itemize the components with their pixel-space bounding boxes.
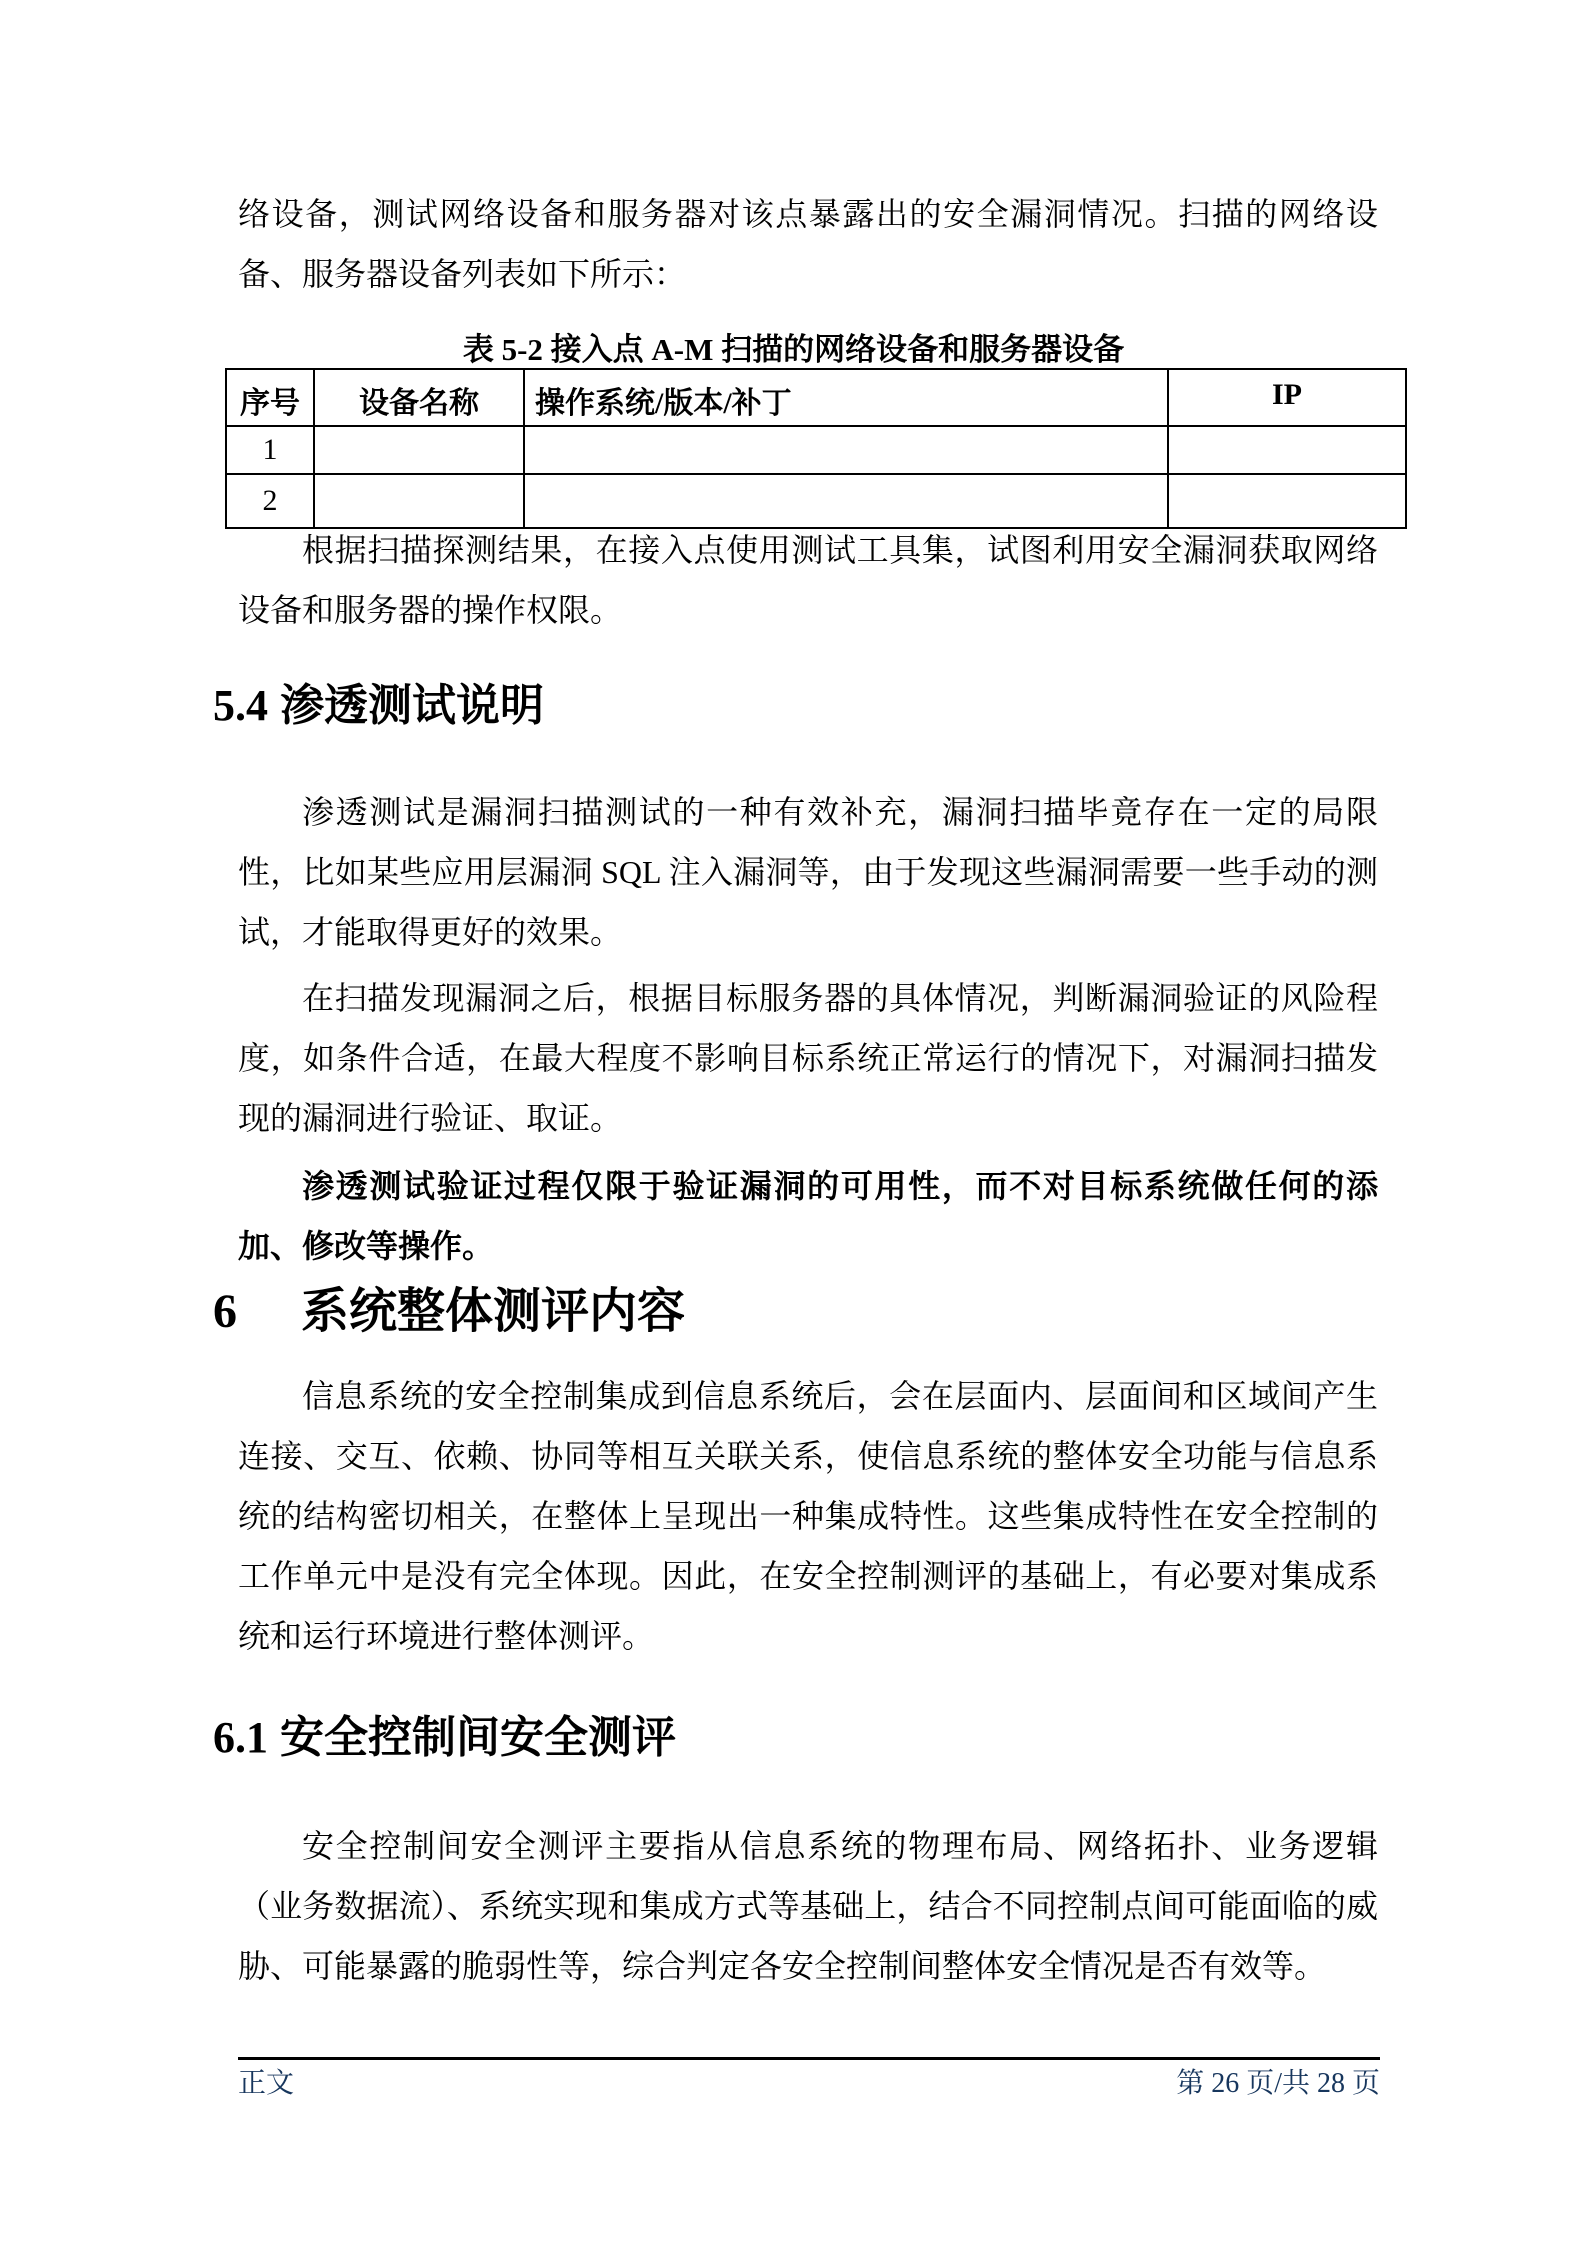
table-header-row: 序号 设备名称 操作系统/版本/补丁 IP — [226, 369, 1406, 426]
overall-evaluation-paragraph: 信息系统的安全控制集成到信息系统后，会在层面内、层面间和区域间产生连接、交互、依… — [238, 1366, 1378, 1666]
header-cell-ip: IP — [1168, 369, 1406, 426]
intro-continuation-paragraph: 络设备，测试网络设备和服务器对该点暴露出的安全漏洞情况。扫描的网络设备、服务器设… — [238, 184, 1378, 304]
section-number: 5.4 — [213, 676, 268, 736]
chapter-number: 6 — [213, 1280, 301, 1344]
section-heading-5-4: 5.4渗透测试说明 — [213, 676, 1378, 736]
footer-divider — [238, 2057, 1380, 2060]
footer-page-indicator: 第 26 页/共 28 页 — [1176, 2066, 1380, 2102]
device-table: 序号 设备名称 操作系统/版本/补丁 IP 1 2 — [225, 368, 1407, 529]
table-caption: 表 5-2 接入点 A-M 扫描的网络设备和服务器设备 — [0, 328, 1587, 372]
page-footer: 正文 第 26 页/共 28 页 — [238, 2066, 1380, 2102]
chapter-title: 系统整体测评内容 — [301, 1285, 685, 1338]
pentest-bold-note: 渗透测试验证过程仅限于验证漏洞的可用性，而不对目标系统做任何的添加、修改等操作。 — [238, 1156, 1378, 1276]
after-table-paragraph: 根据扫描探测结果，在接入点使用测试工具集，试图利用安全漏洞获取网络设备和服务器的… — [238, 520, 1378, 640]
cell-ip — [1168, 426, 1406, 474]
pentest-paragraph-1: 渗透测试是漏洞扫描测试的一种有效补充，漏洞扫描毕竟存在一定的局限性，比如某些应用… — [238, 782, 1378, 962]
table-row: 1 — [226, 426, 1406, 474]
cell-name — [314, 426, 524, 474]
chapter-heading-6: 6系统整体测评内容 — [213, 1280, 1378, 1344]
document-page: 络设备，测试网络设备和服务器对该点暴露出的安全漏洞情况。扫描的网络设备、服务器设… — [0, 0, 1587, 2245]
header-cell-os: 操作系统/版本/补丁 — [524, 369, 1168, 426]
section-heading-6-1: 6.1安全控制间安全测评 — [213, 1708, 1378, 1768]
section-title: 渗透测试说明 — [280, 681, 544, 730]
section-title: 安全控制间安全测评 — [280, 1713, 676, 1762]
pentest-paragraph-2: 在扫描发现漏洞之后，根据目标服务器的具体情况，判断漏洞验证的风险程度，如条件合适… — [238, 968, 1378, 1148]
cell-seq: 1 — [226, 426, 314, 474]
section-number: 6.1 — [213, 1708, 268, 1768]
header-cell-seq: 序号 — [226, 369, 314, 426]
cell-os — [524, 426, 1168, 474]
control-evaluation-paragraph: 安全控制间安全测评主要指从信息系统的物理布局、网络拓扑、业务逻辑（业务数据流）、… — [238, 1816, 1378, 1996]
header-cell-name: 设备名称 — [314, 369, 524, 426]
footer-section-label: 正文 — [238, 2066, 294, 2102]
